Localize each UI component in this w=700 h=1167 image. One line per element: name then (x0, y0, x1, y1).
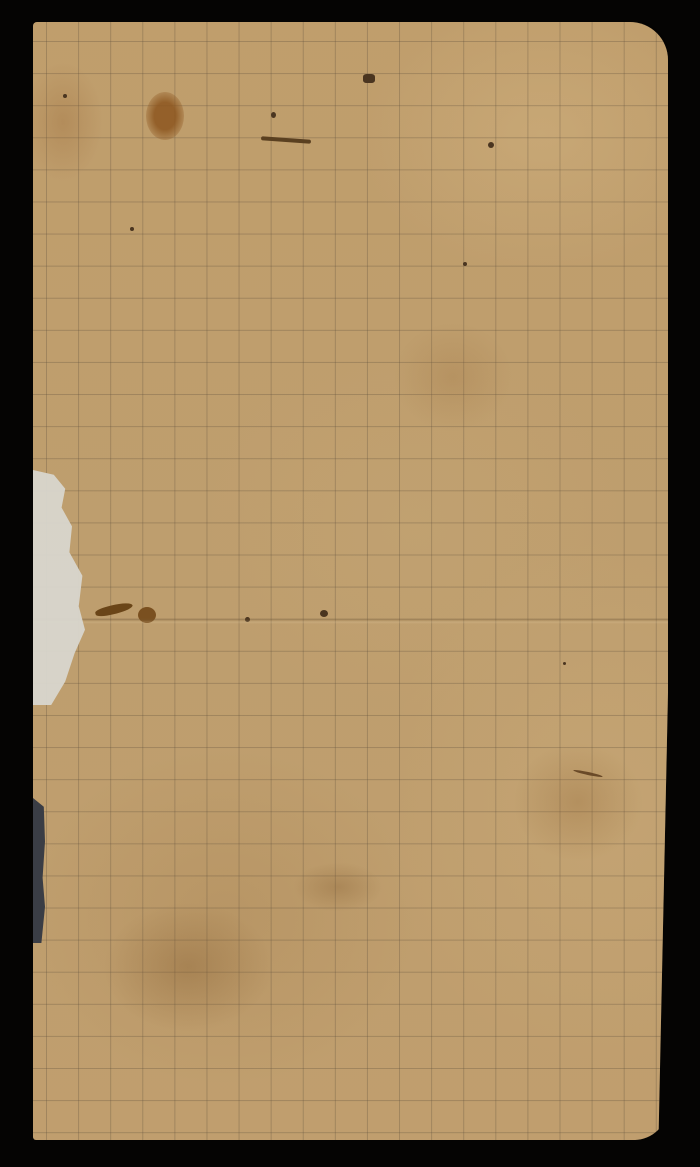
ink-dot (463, 262, 467, 266)
ink-dot (563, 662, 566, 665)
ink-dot (488, 142, 494, 148)
stain-top-left (146, 92, 184, 140)
ink-mark (363, 74, 375, 83)
stain-right-middle (513, 742, 643, 862)
stain-lower-left (103, 902, 273, 1032)
notebook-page (33, 22, 668, 1140)
ink-dot (271, 112, 276, 118)
stain-lower-middle (293, 862, 383, 912)
ink-dot (130, 227, 134, 231)
ink-dot (63, 94, 67, 98)
stain-upper-middle (393, 322, 513, 432)
fold-crease (33, 618, 668, 624)
ink-dot (320, 610, 328, 617)
